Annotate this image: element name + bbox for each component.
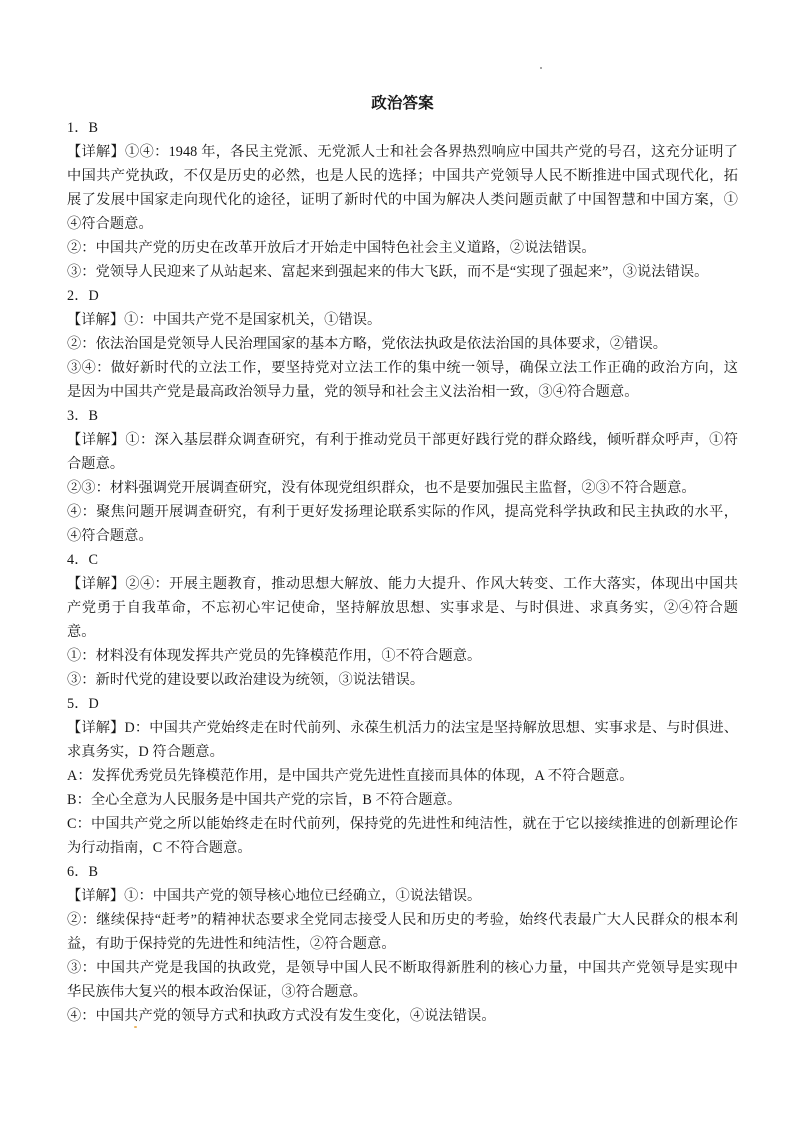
question-1-explanation-paragraph: 【详解】①④：1948 年，各民主党派、无党派人士和社会各界热烈响应中国共产党的… <box>67 140 738 236</box>
question-5-explanation-paragraph: 【详解】D：中国共产党始终走在时代前列、永葆生机活力的法宝是坚持解放思想、实事求… <box>67 716 738 764</box>
question-3-answer: 3．B <box>67 404 738 428</box>
question-2-explanation-paragraph: ②：依法治国是党领导人民治理国家的基本方略，党依法执政是依法治国的具体要求，②错… <box>67 332 738 356</box>
scan-speck-top <box>540 67 542 69</box>
question-4-explanation-paragraph: ③：新时代党的建设要以政治建设为统领，③说法错误。 <box>67 668 738 692</box>
question-5-answer: 5．D <box>67 692 738 716</box>
question-block-2: 2．D 【详解】①：中国共产党不是国家机关，①错误。 ②：依法治国是党领导人民治… <box>67 284 738 404</box>
question-2-answer: 2．D <box>67 284 738 308</box>
question-1-answer: 1．B <box>67 116 738 140</box>
question-1-explanation-paragraph: ③：党领导人民迎来了从站起来、富起来到强起来的伟大飞跃，而不是“实现了强起来”，… <box>67 260 738 284</box>
question-5-explanation-paragraph: C：中国共产党之所以能始终走在时代前列，保持党的先进性和纯洁性，就在于它以接续推… <box>67 812 738 860</box>
question-block-4: 4．C 【详解】②④：开展主题教育，推动思想大解放、能力大提升、作风大转变、工作… <box>67 548 738 692</box>
question-4-explanation-paragraph: ①：材料没有体现发挥共产党员的先锋模范作用，①不符合题意。 <box>67 644 738 668</box>
question-4-explanation-paragraph: 【详解】②④：开展主题教育，推动思想大解放、能力大提升、作风大转变、工作大落实，… <box>67 572 738 644</box>
question-block-5: 5．D 【详解】D：中国共产党始终走在时代前列、永葆生机活力的法宝是坚持解放思想… <box>67 692 738 860</box>
question-3-explanation-paragraph: ④：聚焦问题开展调查研究，有利于更好发扬理论联系实际的作风，提高党科学执政和民主… <box>67 500 738 548</box>
question-block-1: 1．B 【详解】①④：1948 年，各民主党派、无党派人士和社会各界热烈响应中国… <box>67 116 738 284</box>
question-3-explanation-paragraph: ②③：材料强调党开展调查研究，没有体现党组织群众，也不是要加强民主监督，②③不符… <box>67 476 738 500</box>
question-6-explanation-paragraph: 【详解】①：中国共产党的领导核心地位已经确立，①说法错误。 <box>67 884 738 908</box>
question-2-explanation-paragraph: 【详解】①：中国共产党不是国家机关，①错误。 <box>67 308 738 332</box>
question-block-3: 3．B 【详解】①：深入基层群众调查研究，有利于推动党员干部更好践行党的群众路线… <box>67 404 738 548</box>
question-5-explanation-paragraph: B：全心全意为人民服务是中国共产党的宗旨，B 不符合题意。 <box>67 788 738 812</box>
question-6-explanation-paragraph: ④：中国共产党的领导方式和执政方式没有发生变化，④说法错误。 <box>67 1004 738 1028</box>
question-1-explanation-paragraph: ②：中国共产党的历史在改革开放后才开始走中国特色社会主义道路，②说法错误。 <box>67 236 738 260</box>
question-6-answer: 6．B <box>67 860 738 884</box>
question-4-answer: 4．C <box>67 548 738 572</box>
question-6-explanation-paragraph: ②：继续保持“赶考”的精神状态要求全党同志接受人民和历史的考验，始终代表最广大人… <box>67 908 738 956</box>
document-page: 政治答案 1．B 【详解】①④：1948 年，各民主党派、无党派人士和社会各界热… <box>67 92 738 1028</box>
page-title: 政治答案 <box>67 92 738 116</box>
question-block-6: 6．B 【详解】①：中国共产党的领导核心地位已经确立，①说法错误。 ②：继续保持… <box>67 860 738 1028</box>
question-6-explanation-paragraph: ③：中国共产党是我国的执政党，是领导中国人民不断取得新胜利的核心力量，中国共产党… <box>67 956 738 1004</box>
question-5-explanation-paragraph: A：发挥优秀党员先锋模范作用，是中国共产党先进性直接而具体的体现，A 不符合题意… <box>67 764 738 788</box>
question-3-explanation-paragraph: 【详解】①：深入基层群众调查研究，有利于推动党员干部更好践行党的群众路线，倾听群… <box>67 428 738 476</box>
question-2-explanation-paragraph: ③④：做好新时代的立法工作，要坚持党对立法工作的集中统一领导，确保立法工作正确的… <box>67 356 738 404</box>
